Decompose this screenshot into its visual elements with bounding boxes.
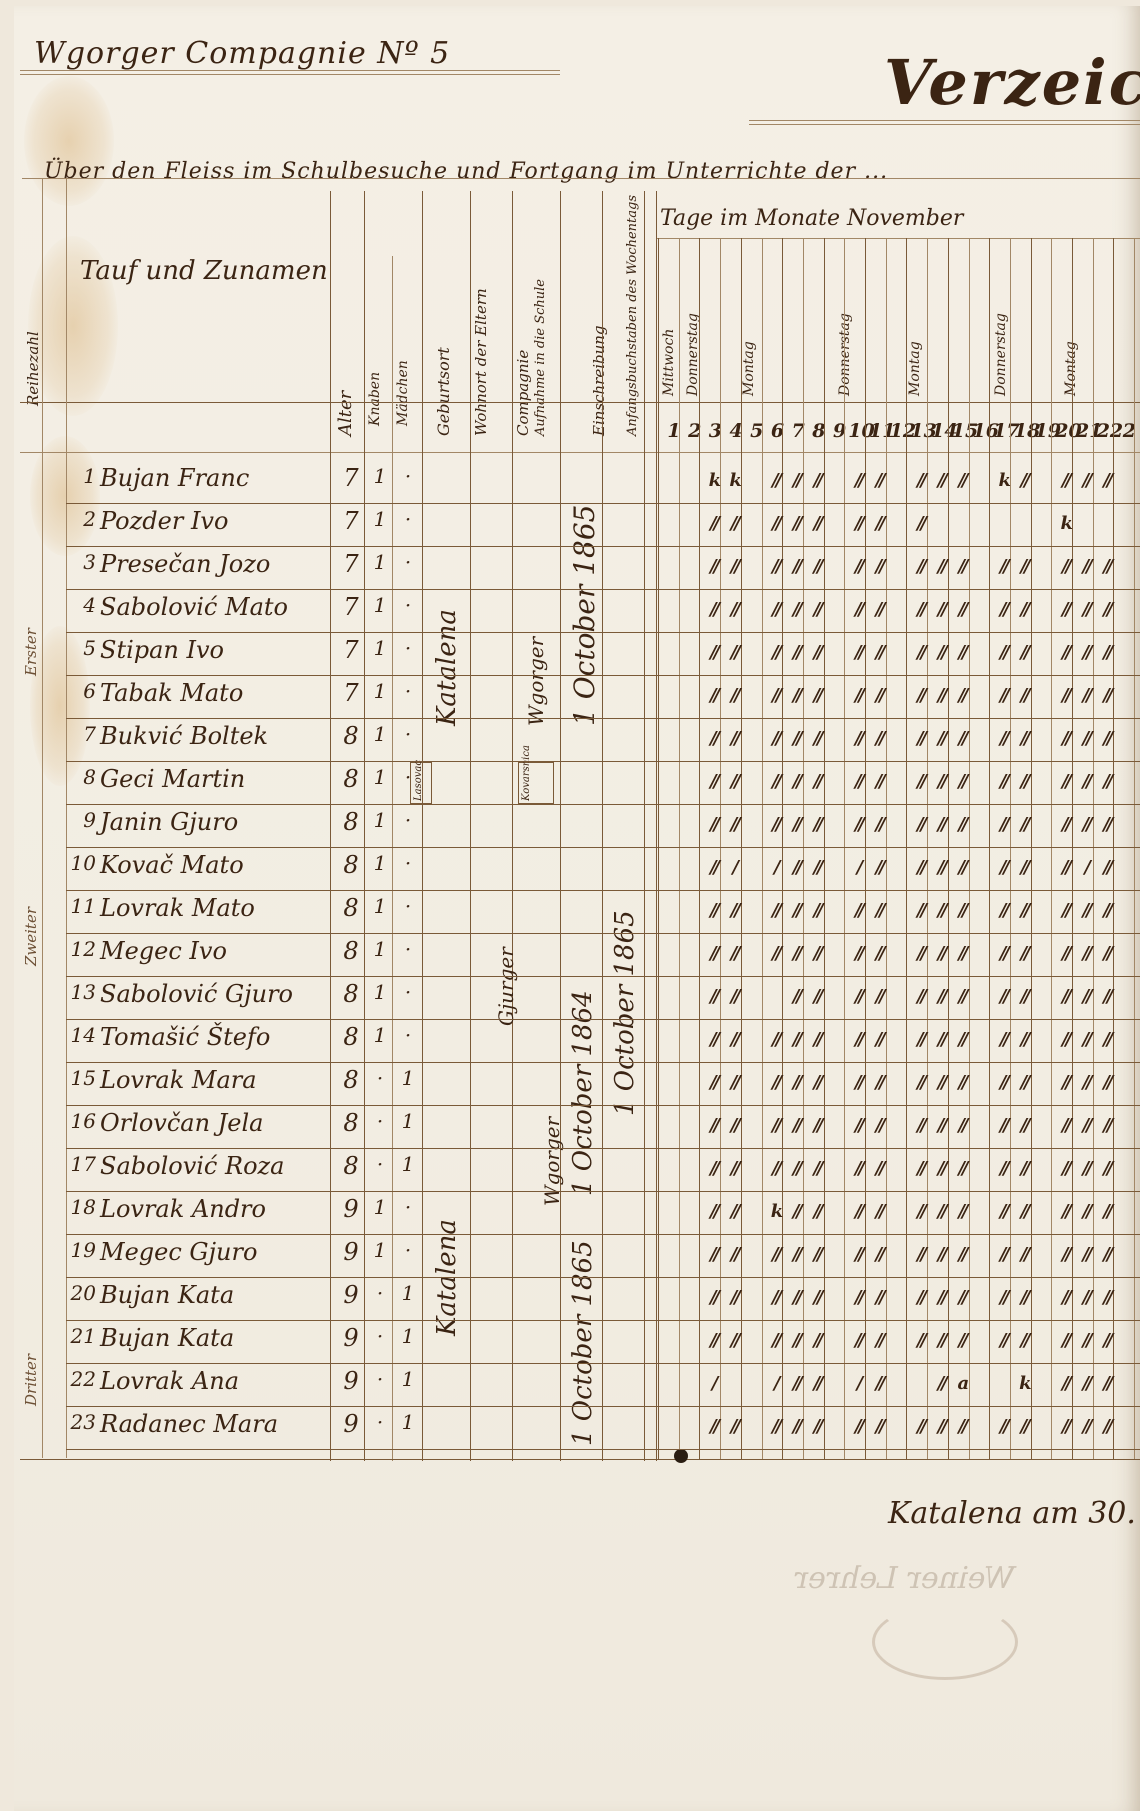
attendance-mark: // bbox=[950, 857, 974, 878]
girl-count: · bbox=[398, 1195, 418, 1219]
attendance-mark: // bbox=[867, 556, 891, 577]
attendance-mark: // bbox=[1095, 1373, 1119, 1394]
attendance-mark: // bbox=[722, 943, 746, 964]
attendance-mark: // bbox=[1095, 986, 1119, 1007]
title-underline bbox=[749, 124, 1140, 125]
attendance-mark: // bbox=[722, 771, 746, 792]
girl-count: 1 bbox=[398, 1367, 418, 1391]
student-name: Megec Ivo bbox=[100, 937, 227, 965]
boy-count: · bbox=[370, 1410, 390, 1434]
boy-count: 1 bbox=[370, 765, 390, 789]
attendance-mark: // bbox=[867, 1072, 891, 1093]
ledger-page: Wgorger Compagnie Nº 5 Verzeichniss Über… bbox=[14, 6, 1140, 1811]
attendance-mark: // bbox=[722, 900, 746, 921]
attendance-mark: // bbox=[1095, 642, 1119, 663]
row-number: 13 bbox=[64, 980, 96, 1004]
boy-count: · bbox=[370, 1324, 390, 1348]
attendance-mark: / bbox=[701, 1373, 725, 1394]
attendance-mark: // bbox=[867, 814, 891, 835]
attendance-mark: // bbox=[722, 685, 746, 706]
signature: Katalena am 30. bbox=[888, 1496, 1136, 1531]
student-age: 8 bbox=[339, 1066, 363, 1094]
student-name: Sabolović Mato bbox=[100, 593, 288, 621]
attendance-mark: // bbox=[805, 685, 829, 706]
boy-count: · bbox=[370, 1367, 390, 1391]
row-number: 7 bbox=[64, 722, 96, 746]
row-rule bbox=[66, 589, 1140, 590]
attendance-mark: // bbox=[722, 728, 746, 749]
attendance-mark: // bbox=[805, 1244, 829, 1265]
row-number: 1 bbox=[64, 464, 96, 488]
student-name: Tabak Mato bbox=[100, 679, 243, 707]
row-number: 20 bbox=[64, 1281, 96, 1305]
boy-count: 1 bbox=[370, 937, 390, 961]
company-title: Wgorger Compagnie Nº 5 bbox=[34, 36, 450, 71]
attendance-mark: // bbox=[1012, 599, 1036, 620]
attendance-mark: // bbox=[867, 1373, 891, 1394]
student-age: 7 bbox=[339, 507, 363, 535]
attendance-mark: k bbox=[722, 470, 746, 491]
attendance-mark: // bbox=[950, 1244, 974, 1265]
title-underline bbox=[749, 120, 1140, 121]
row-number: 2 bbox=[64, 507, 96, 531]
entry-date-merged-cell: 1 October 1865 bbox=[568, 1246, 598, 1446]
row-number: 19 bbox=[64, 1238, 96, 1262]
attendance-mark: // bbox=[1095, 599, 1119, 620]
month-rule bbox=[656, 238, 1140, 239]
girl-count: · bbox=[398, 980, 418, 1004]
attendance-mark: // bbox=[1095, 1287, 1119, 1308]
attendance-mark: // bbox=[805, 814, 829, 835]
attendance-mark: // bbox=[867, 986, 891, 1007]
row-rule bbox=[66, 1062, 1140, 1063]
row-number: 12 bbox=[64, 937, 96, 961]
attendance-mark: k bbox=[1012, 1373, 1036, 1394]
attendance-mark: // bbox=[867, 513, 891, 534]
company-merged-cell: Wgorger bbox=[524, 546, 548, 726]
attendance-mark: // bbox=[805, 556, 829, 577]
boy-count: 1 bbox=[370, 464, 390, 488]
attendance-mark: // bbox=[1095, 814, 1119, 835]
attendance-mark: // bbox=[867, 1244, 891, 1265]
attendance-mark: // bbox=[722, 513, 746, 534]
student-age: 9 bbox=[339, 1195, 363, 1223]
student-age: 9 bbox=[339, 1281, 363, 1309]
row-number: 3 bbox=[64, 550, 96, 574]
row-rule bbox=[66, 847, 1140, 848]
attendance-mark: // bbox=[950, 1029, 974, 1050]
boy-count: 1 bbox=[370, 851, 390, 875]
attendance-mark: // bbox=[950, 728, 974, 749]
girl-count: · bbox=[398, 464, 418, 488]
student-name: Janin Gjuro bbox=[100, 808, 238, 836]
row-number: 21 bbox=[64, 1324, 96, 1348]
student-name: Pozder Ivo bbox=[100, 507, 228, 535]
boy-count: 1 bbox=[370, 550, 390, 574]
column-header-company: Compagnie bbox=[516, 266, 532, 436]
attendance-mark: // bbox=[722, 1158, 746, 1179]
girl-count: · bbox=[398, 550, 418, 574]
attendance-mark: // bbox=[1095, 470, 1119, 491]
attendance-mark: // bbox=[805, 1416, 829, 1437]
attendance-mark: // bbox=[1012, 728, 1036, 749]
student-name: Presečan Jozo bbox=[100, 550, 270, 578]
attendance-mark: // bbox=[867, 728, 891, 749]
attendance-mark: // bbox=[867, 685, 891, 706]
student-name: Kovač Mato bbox=[100, 851, 244, 879]
column-header-birthplace: Geburtsort bbox=[436, 286, 453, 436]
row-number: 10 bbox=[64, 851, 96, 875]
entry-date-merged-cell: 1 October 1865 bbox=[568, 476, 601, 726]
girl-count: · bbox=[398, 851, 418, 875]
attendance-mark: // bbox=[1012, 771, 1036, 792]
bleed-through-flourish bbox=[872, 1604, 1018, 1680]
entry-date-merged-cell: 1 October 1864 bbox=[568, 946, 598, 1196]
girl-count: · bbox=[398, 1023, 418, 1047]
boy-count: · bbox=[370, 1152, 390, 1176]
attendance-mark: // bbox=[867, 470, 891, 491]
student-age: 7 bbox=[339, 636, 363, 664]
attendance-mark: // bbox=[805, 513, 829, 534]
attendance-mark: // bbox=[1012, 943, 1036, 964]
attendance-mark: // bbox=[722, 986, 746, 1007]
attendance-mark: // bbox=[950, 470, 974, 491]
attendance-mark: // bbox=[867, 857, 891, 878]
student-name: Lovrak Andro bbox=[100, 1195, 266, 1223]
attendance-mark: // bbox=[1095, 1416, 1119, 1437]
row-rule bbox=[66, 804, 1140, 805]
row-rule bbox=[66, 1148, 1140, 1149]
row-rule bbox=[66, 761, 1140, 762]
attendance-mark: // bbox=[950, 986, 974, 1007]
attendance-mark: // bbox=[1012, 1072, 1036, 1093]
birthplace-merged-cell: Katalena bbox=[432, 536, 462, 726]
attendance-mark: / bbox=[722, 857, 746, 878]
month-header: Tage im Monate November bbox=[660, 206, 963, 231]
title-rule bbox=[20, 74, 560, 75]
attendance-mark: // bbox=[1095, 1158, 1119, 1179]
row-rule bbox=[66, 1320, 1140, 1321]
attendance-mark: // bbox=[1012, 1330, 1036, 1351]
day-number-rule bbox=[20, 452, 1140, 453]
row-number: 8 bbox=[64, 765, 96, 789]
attendance-mark: // bbox=[867, 771, 891, 792]
boy-count: · bbox=[370, 1281, 390, 1305]
student-age: 9 bbox=[339, 1324, 363, 1352]
attendance-mark: // bbox=[867, 1330, 891, 1351]
attendance-mark: // bbox=[950, 1287, 974, 1308]
column-header-name: Tauf und Zunamen bbox=[80, 256, 328, 286]
weekday-label: Montag bbox=[908, 286, 923, 396]
girl-count: · bbox=[398, 1238, 418, 1262]
attendance-mark: // bbox=[1012, 900, 1036, 921]
attendance-mark: // bbox=[1095, 1115, 1119, 1136]
birthplace-merged-cell: Katalena bbox=[432, 1136, 462, 1336]
row-rule bbox=[66, 1363, 1140, 1364]
row-number: 4 bbox=[64, 593, 96, 617]
column-header-girls: Mädchen bbox=[396, 326, 411, 426]
girl-count: · bbox=[398, 636, 418, 660]
attendance-mark: // bbox=[1012, 1158, 1036, 1179]
girl-count: · bbox=[398, 507, 418, 531]
girl-count: · bbox=[398, 593, 418, 617]
boy-count: · bbox=[370, 1109, 390, 1133]
attendance-mark: // bbox=[805, 642, 829, 663]
student-age: 9 bbox=[339, 1410, 363, 1438]
column-header-number: Reihezahl bbox=[26, 266, 42, 406]
student-name: Bujan Franc bbox=[100, 464, 249, 492]
student-age: 7 bbox=[339, 464, 363, 492]
girl-count: 1 bbox=[398, 1152, 418, 1176]
attendance-mark: // bbox=[1095, 943, 1119, 964]
boy-count: 1 bbox=[370, 507, 390, 531]
attendance-mark: // bbox=[908, 513, 932, 534]
row-rule bbox=[66, 1449, 1140, 1450]
attendance-mark: // bbox=[1012, 857, 1036, 878]
boy-count: 1 bbox=[370, 1023, 390, 1047]
attendance-mark: // bbox=[950, 771, 974, 792]
attendance-mark: // bbox=[722, 556, 746, 577]
attendance-mark: // bbox=[867, 1115, 891, 1136]
boy-count: 1 bbox=[370, 593, 390, 617]
student-age: 7 bbox=[339, 679, 363, 707]
student-name: Bujan Kata bbox=[100, 1324, 234, 1352]
document-subtitle: Über den Fleiss im Schulbesuche und Fort… bbox=[44, 159, 888, 184]
header-bottom-rule bbox=[20, 402, 1140, 403]
student-age: 8 bbox=[339, 1152, 363, 1180]
company-merged-cell: Wgorger bbox=[540, 1006, 564, 1206]
attendance-mark: // bbox=[950, 1115, 974, 1136]
attendance-mark: // bbox=[867, 1029, 891, 1050]
attendance-mark: // bbox=[1012, 470, 1036, 491]
weekday-label: Montag bbox=[742, 306, 757, 396]
student-name: Lovrak Mato bbox=[100, 894, 255, 922]
attendance-mark: // bbox=[1095, 685, 1119, 706]
girl-count: 1 bbox=[398, 1066, 418, 1090]
student-name: Megec Gjuro bbox=[100, 1238, 257, 1266]
student-age: 8 bbox=[339, 1109, 363, 1137]
girl-count: · bbox=[398, 894, 418, 918]
attendance-mark: // bbox=[805, 900, 829, 921]
attendance-mark: // bbox=[1095, 728, 1119, 749]
girl-count: 1 bbox=[398, 1410, 418, 1434]
girl-count: 1 bbox=[398, 1281, 418, 1305]
attendance-mark: // bbox=[1012, 814, 1036, 835]
attendance-mark: // bbox=[805, 1115, 829, 1136]
entry-date-merged-cell: 1 October 1865 bbox=[610, 856, 640, 1116]
student-name: Radanec Mara bbox=[100, 1410, 278, 1438]
water-stain bbox=[24, 76, 114, 206]
row-rule bbox=[66, 718, 1140, 719]
column-header-boys: Knaben bbox=[368, 326, 383, 426]
row-number: 6 bbox=[64, 679, 96, 703]
student-name: Orlovčan Jela bbox=[100, 1109, 263, 1137]
column-header-age: Alter bbox=[337, 326, 356, 436]
attendance-mark: // bbox=[867, 1287, 891, 1308]
student-age: 9 bbox=[339, 1367, 363, 1395]
row-rule bbox=[66, 675, 1140, 676]
row-rule bbox=[66, 890, 1140, 891]
attendance-mark: // bbox=[805, 1330, 829, 1351]
student-age: 8 bbox=[339, 851, 363, 879]
attendance-mark: // bbox=[867, 900, 891, 921]
attendance-mark: k bbox=[1053, 513, 1077, 534]
row-number: 11 bbox=[64, 894, 96, 918]
attendance-mark: // bbox=[1095, 1072, 1119, 1093]
row-number: 22 bbox=[64, 1367, 96, 1391]
weekday-label: Donnerstag bbox=[994, 266, 1009, 396]
attendance-mark: // bbox=[722, 599, 746, 620]
attendance-mark: // bbox=[1095, 1201, 1119, 1222]
attendance-mark: // bbox=[950, 1416, 974, 1437]
attendance-mark: // bbox=[950, 814, 974, 835]
student-name: Bujan Kata bbox=[100, 1281, 234, 1309]
attendance-mark: // bbox=[867, 1416, 891, 1437]
student-name: Tomašić Štefo bbox=[100, 1023, 270, 1051]
attendance-mark: // bbox=[867, 943, 891, 964]
attendance-mark: // bbox=[722, 1201, 746, 1222]
row-number: 15 bbox=[64, 1066, 96, 1090]
boy-count: 1 bbox=[370, 1195, 390, 1219]
row-rule bbox=[66, 976, 1140, 977]
attendance-mark: // bbox=[1095, 771, 1119, 792]
attendance-mark: // bbox=[1012, 986, 1036, 1007]
birthplace-note-box: Lasovac bbox=[410, 762, 432, 804]
attendance-mark: // bbox=[1095, 1244, 1119, 1265]
attendance-mark: // bbox=[805, 728, 829, 749]
attendance-mark: // bbox=[722, 642, 746, 663]
attendance-mark: // bbox=[950, 642, 974, 663]
attendance-mark: // bbox=[805, 771, 829, 792]
attendance-mark: // bbox=[805, 1158, 829, 1179]
attendance-mark: a bbox=[950, 1373, 974, 1394]
attendance-mark: // bbox=[805, 1287, 829, 1308]
weekday-label: Donnerstag bbox=[838, 256, 853, 396]
attendance-mark: // bbox=[805, 1373, 829, 1394]
row-rule bbox=[66, 1234, 1140, 1235]
attendance-mark: // bbox=[1012, 1287, 1036, 1308]
row-rule bbox=[66, 1191, 1140, 1192]
column-header-name-text: Tauf und Zunamen bbox=[80, 256, 328, 286]
day-number: 2 bbox=[1117, 420, 1140, 442]
attendance-mark: // bbox=[722, 1330, 746, 1351]
bleed-through-text: Weiner Lehrer bbox=[790, 1561, 1018, 1596]
row-rule bbox=[66, 546, 1140, 547]
attendance-mark: // bbox=[722, 814, 746, 835]
attendance-mark: // bbox=[805, 1072, 829, 1093]
attendance-mark: // bbox=[805, 943, 829, 964]
row-number: 16 bbox=[64, 1109, 96, 1133]
attendance-mark: // bbox=[1095, 857, 1119, 878]
student-name: Bukvić Boltek bbox=[100, 722, 268, 750]
row-rule bbox=[66, 1406, 1140, 1407]
attendance-mark: // bbox=[867, 1201, 891, 1222]
student-age: 8 bbox=[339, 894, 363, 922]
row-number: 14 bbox=[64, 1023, 96, 1047]
attendance-mark: // bbox=[1012, 556, 1036, 577]
column-header-entry-date: Einschreibung bbox=[592, 266, 608, 436]
student-name: Lovrak Ana bbox=[100, 1367, 239, 1395]
boy-count: 1 bbox=[370, 636, 390, 660]
attendance-mark: // bbox=[950, 1330, 974, 1351]
student-age: 8 bbox=[339, 765, 363, 793]
company-note-box: Kovarsnica bbox=[518, 762, 554, 804]
girl-count: · bbox=[398, 937, 418, 961]
attendance-mark: // bbox=[1012, 1115, 1036, 1136]
attendance-mark: // bbox=[805, 1201, 829, 1222]
attendance-mark: // bbox=[950, 685, 974, 706]
ink-blot bbox=[674, 1449, 688, 1463]
attendance-mark: // bbox=[1095, 1029, 1119, 1050]
attendance-mark: // bbox=[1012, 642, 1036, 663]
girl-count: 1 bbox=[398, 1109, 418, 1133]
student-name: Lovrak Mara bbox=[100, 1066, 257, 1094]
attendance-mark: // bbox=[805, 470, 829, 491]
row-number: 23 bbox=[64, 1410, 96, 1434]
student-age: 7 bbox=[339, 550, 363, 578]
attendance-mark: // bbox=[1095, 556, 1119, 577]
student-age: 7 bbox=[339, 593, 363, 621]
attendance-mark: // bbox=[805, 1029, 829, 1050]
row-rule bbox=[66, 503, 1140, 504]
row-rule bbox=[66, 933, 1140, 934]
attendance-mark: // bbox=[867, 599, 891, 620]
attendance-mark: // bbox=[1012, 1416, 1036, 1437]
boy-count: 1 bbox=[370, 679, 390, 703]
attendance-mark: // bbox=[1012, 1244, 1036, 1265]
attendance-mark: // bbox=[1095, 1330, 1119, 1351]
weekday-label: Mittwoch bbox=[662, 246, 677, 396]
column-header-parents-residence: Wohnort der Eltern bbox=[474, 246, 490, 436]
attendance-mark: // bbox=[950, 556, 974, 577]
attendance-mark: // bbox=[950, 599, 974, 620]
attendance-mark: // bbox=[950, 1158, 974, 1179]
student-age: 8 bbox=[339, 808, 363, 836]
document-title: Verzeichniss bbox=[884, 46, 1140, 119]
row-rule bbox=[66, 1105, 1140, 1106]
attendance-mark: // bbox=[722, 1287, 746, 1308]
attendance-mark: // bbox=[950, 900, 974, 921]
row-rule bbox=[66, 632, 1140, 633]
subtitle-rule bbox=[22, 178, 1140, 179]
attendance-mark: // bbox=[1012, 1029, 1036, 1050]
boy-count: 1 bbox=[370, 894, 390, 918]
attendance-mark: // bbox=[722, 1072, 746, 1093]
attendance-mark: // bbox=[722, 1416, 746, 1437]
attendance-mark: // bbox=[950, 1072, 974, 1093]
attendance-mark: // bbox=[805, 986, 829, 1007]
row-rule bbox=[66, 1277, 1140, 1278]
attendance-mark: // bbox=[1095, 900, 1119, 921]
boy-count: 1 bbox=[370, 808, 390, 832]
attendance-mark: // bbox=[950, 943, 974, 964]
girl-count: · bbox=[398, 808, 418, 832]
attendance-mark: // bbox=[722, 1244, 746, 1265]
row-number: 5 bbox=[64, 636, 96, 660]
attendance-mark: // bbox=[722, 1029, 746, 1050]
title-rule bbox=[20, 70, 560, 71]
boy-count: · bbox=[370, 1066, 390, 1090]
boy-count: 1 bbox=[370, 1238, 390, 1262]
table-bottom-rule bbox=[20, 1459, 1140, 1460]
girl-count: · bbox=[398, 679, 418, 703]
row-number: 18 bbox=[64, 1195, 96, 1219]
attendance-mark: // bbox=[1012, 1201, 1036, 1222]
student-age: 8 bbox=[339, 1023, 363, 1051]
boy-count: 1 bbox=[370, 980, 390, 1004]
student-age: 8 bbox=[339, 937, 363, 965]
attendance-mark: // bbox=[867, 1158, 891, 1179]
